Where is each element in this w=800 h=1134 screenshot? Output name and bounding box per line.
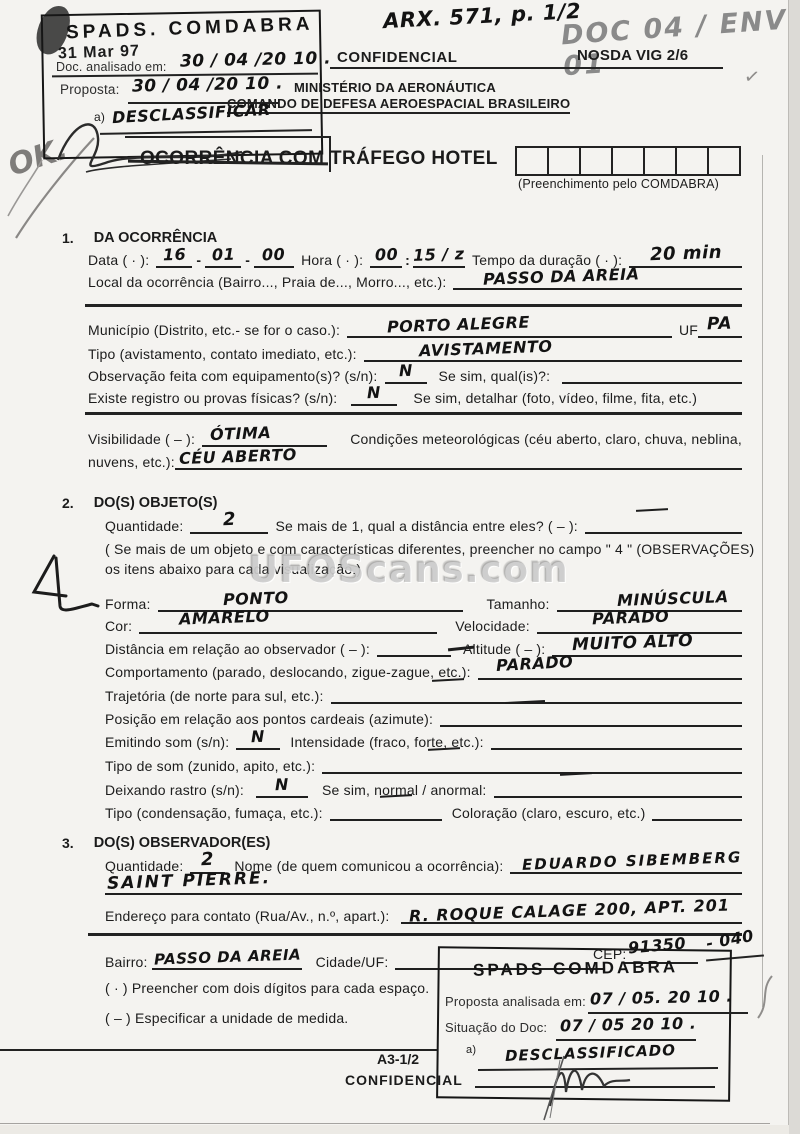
bottom-stamp-line2-value: 07 / 05 20 10 . <box>560 1016 697 1035</box>
scan-edge-band <box>788 0 800 1134</box>
rastro-normal-field <box>494 776 742 798</box>
footer-rule <box>0 1049 437 1051</box>
confidencial-bottom: CONFIDENCIAL <box>345 1072 463 1088</box>
field-row-registro: Existe registro ou provas físicas? (s/n)… <box>88 384 742 406</box>
trajetoria-label: Trajetória (de norte para sul, etc.): <box>105 688 324 704</box>
check-mark: ✓ <box>743 65 762 89</box>
field-row-endereco: Endereço para contato (Rua/Av., n.º, apa… <box>105 902 742 924</box>
uf-label: UF <box>679 322 698 338</box>
posicao-field <box>440 705 742 727</box>
form-title: OCORRÊNCIA COM TRÁFEGO HOTEL <box>140 148 498 170</box>
intensidade-field <box>491 728 742 750</box>
field-row-trajetoria: Trajetória (de norte para sul, etc.): <box>105 682 742 704</box>
section3-heading: 3. DO(S) OBSERVADOR(ES) <box>62 829 270 851</box>
scan-bottom-line <box>0 1123 770 1124</box>
bottom-stamp-line1-label: Proposta analisada em: <box>445 994 586 1009</box>
comdabra-grid-cell <box>707 146 741 176</box>
field-row-comportamento: Comportamento (parado, deslocando, zigue… <box>105 658 742 680</box>
cor-field: AMARELO <box>139 612 437 634</box>
tipo-field: AVISTAMENTO <box>364 340 742 362</box>
section-rule <box>85 412 742 415</box>
field-row-municipio: Município (Distrito, etc.- se for o caso… <box>88 316 742 338</box>
field-row-tipo-som: Tipo de som (zunido, apito, etc.): <box>105 752 742 774</box>
condicoes-label: Condições meteorológicas (céu aberto, cl… <box>350 431 742 447</box>
qtd-objetos-label: Quantidade: <box>105 518 183 534</box>
bairro-label: Bairro: <box>105 954 148 970</box>
local-label: Local da ocorrência (Bairro..., Praia de… <box>88 274 446 290</box>
comdabra-grid-cell <box>547 146 581 176</box>
som-sn-field: N <box>236 728 280 750</box>
nome-field: EDUARDO SIBEMBERG <box>510 852 742 874</box>
bairro-field: PASSO DA AREIA <box>152 948 302 970</box>
uf-field: PA <box>698 316 742 338</box>
header-rule <box>330 67 723 69</box>
municipio-label: Município (Distrito, etc.- se for o caso… <box>88 322 340 338</box>
dist-entre-field <box>585 512 742 534</box>
visibilidade-label: Visibilidade ( – ): <box>88 431 195 447</box>
cep-value2: - 040 <box>705 928 755 952</box>
equipamento-qual-label: Se sim, qual(is)?: <box>439 368 551 384</box>
comdabra-grid-cell <box>579 146 613 176</box>
field-row-som: Emitindo som (s/n): N Intensidade (fraco… <box>105 728 742 750</box>
field-row-qtd-objetos: Quantidade: 2 Se mais de 1, qual a distâ… <box>105 512 742 534</box>
page-code: A3-1/2 <box>377 1051 419 1067</box>
endereco-label: Endereço para contato (Rua/Av., n.º, apa… <box>105 908 389 924</box>
posicao-label: Posição em relação aos pontos cardeais (… <box>105 711 433 727</box>
pencil-mark-right <box>752 972 782 1022</box>
footnote-1: ( · ) Preencher com dois dígitos para ca… <box>105 980 429 996</box>
data-month-field: 01 <box>205 246 241 268</box>
field-row-data: Data ( · ): 16 - 01 - 00 Hora ( · ): 00 … <box>88 246 742 268</box>
condicoes-label2: nuvens, etc.): <box>88 454 175 470</box>
comdabra-grid-cell <box>515 146 549 176</box>
equipamento-sn-field: N <box>385 362 427 384</box>
bottom-stamp-item-label: a) <box>466 1044 476 1056</box>
section-rule <box>88 933 742 936</box>
data-label: Data ( · ): <box>88 252 149 268</box>
bottom-stamp-line1-value: 07 / 05. 20 10 . <box>590 989 733 1008</box>
bottom-stamp-line2-label: Situação do Doc: <box>445 1020 547 1035</box>
forma-label: Forma: <box>105 596 151 612</box>
footnote-2: ( – ) Especificar a unidade de medida. <box>105 1010 348 1026</box>
section-rule <box>85 304 742 307</box>
velocidade-field: PARADO <box>537 612 742 634</box>
dist-entre-label: Se mais de 1, qual a distância entre ele… <box>275 518 577 534</box>
som-label: Emitindo som (s/n): <box>105 734 229 750</box>
tipo-label: Tipo (avistamento, contato imediato, etc… <box>88 346 357 362</box>
doc-envelope-note: DOC 04 / ENV 01 <box>560 4 800 82</box>
field-row-nuvens: nuvens, etc.): CÉU ABERTO <box>88 448 742 470</box>
bottom-stamp-signature <box>520 1048 670 1123</box>
cor-label: Cor: <box>105 618 132 634</box>
field-row-distancia: Distância em relação ao observador ( – )… <box>105 635 742 657</box>
altitude-field: MUITO ALTO <box>552 635 742 657</box>
scan-vertical-line <box>762 155 763 1007</box>
tipo-rastro-label: Tipo (condensação, fumaça, etc.): <box>105 805 323 821</box>
velocidade-label: Velocidade: <box>455 618 530 634</box>
registro-detalhar-label: Se sim, detalhar (foto, vídeo, filme, fi… <box>413 390 697 406</box>
scan-bottom-band <box>0 1125 789 1134</box>
comdabra-grid-cell <box>611 146 645 176</box>
margin-pen-mark <box>20 548 100 618</box>
hora-mm-field: 15 / z <box>413 246 465 268</box>
equipamento-qual-field <box>562 362 742 384</box>
comdabra-grid <box>515 146 741 176</box>
nosda-code: NOSDA VIG 2/6 <box>577 47 688 64</box>
pen-dash-mark <box>428 747 460 751</box>
field-row-tipo: Tipo (avistamento, contato imediato, etc… <box>88 340 742 362</box>
local-field: PASSO DA AREIA <box>453 268 742 290</box>
rastro-sn-field: N <box>256 776 308 798</box>
date-stamp: 31 Mar 97 <box>58 43 141 64</box>
tamanho-label: Tamanho: <box>487 596 550 612</box>
confidencial-top: CONFIDENCIAL <box>337 49 458 66</box>
equipamento-label: Observação feita com equipamento(s)? (s/… <box>88 368 378 384</box>
data-year-field: 00 <box>254 246 294 268</box>
field-row-rastro: Deixando rastro (s/n): N Se sim, normal … <box>105 776 742 798</box>
top-stamp-line2-label: Proposta: <box>60 82 120 97</box>
top-stamp-signature <box>46 112 266 182</box>
nome-field-line2: SAINT PIERRE. <box>105 873 742 895</box>
comportamento-field: PARADO <box>478 658 742 680</box>
field-row-visibilidade: Visibilidade ( – ): ÓTIMA Condições mete… <box>88 425 742 447</box>
registro-label: Existe registro ou provas físicas? (s/n)… <box>88 390 337 406</box>
tipo-rastro-field <box>330 799 442 821</box>
top-stamp-line2-value: 30 / 04 /20 10 . <box>132 75 283 95</box>
qtd-objetos-field: 2 <box>190 512 268 534</box>
stamp-fragment-top <box>125 136 330 138</box>
comdabra-grid-cell <box>643 146 677 176</box>
archive-note: ARX. 571, p. 1/2 <box>383 1 582 32</box>
tempo-field: 20 min <box>629 246 742 268</box>
distancia-label: Distância em relação ao observador ( – )… <box>105 641 370 657</box>
comportamento-label: Comportamento (parado, deslocando, zigue… <box>105 664 471 680</box>
registro-sn-field: N <box>351 384 397 406</box>
scanned-document-page: OK. ARX. 571, p. 1/2 DOC 04 / ENV 01 CON… <box>0 0 800 1134</box>
rastro-label: Deixando rastro (s/n): <box>105 782 244 798</box>
endereco-field: R. ROQUE CALAGE 200, APT. 201 <box>401 902 742 924</box>
nome-label: Nome (de quem comunicou a ocorrência): <box>234 858 503 874</box>
section2-heading: 2. DO(S) OBJETO(S) <box>62 489 217 511</box>
field-row-tipo-rastro: Tipo (condensação, fumaça, etc.): Colora… <box>105 799 742 821</box>
visibilidade-field: ÓTIMA <box>202 425 327 447</box>
distancia-field <box>377 635 451 657</box>
field-row-nome2: SAINT PIERRE. <box>105 873 742 895</box>
field-row-local: Local da ocorrência (Bairro..., Praia de… <box>88 268 742 290</box>
hora-hh-field: 00 <box>370 246 402 268</box>
hora-label: Hora ( · ): <box>301 252 363 268</box>
condicoes-field: CÉU ABERTO <box>175 448 742 470</box>
data-day-field: 16 <box>156 246 192 268</box>
field-row-equipamento: Observação feita com equipamento(s)? (s/… <box>88 362 742 384</box>
cidade-uf-label: Cidade/UF: <box>316 954 389 970</box>
municipio-field: PORTO ALEGRE <box>347 316 672 338</box>
coloracao-label: Coloração (claro, escuro, etc.) <box>452 805 646 821</box>
tipo-som-label: Tipo de som (zunido, apito, etc.): <box>105 758 315 774</box>
fill-caption: (Preenchimento pelo COMDABRA) <box>518 177 719 191</box>
bottom-stamp-title: SPADS COMDABRA <box>473 957 678 981</box>
top-stamp-line1-value: 30 / 04 /20 10 . <box>180 50 331 70</box>
section1-heading: 1. DA OCORRÊNCIA <box>62 224 217 246</box>
tipo-som-field <box>322 752 742 774</box>
watermark-text: UFOScans.com <box>248 548 569 591</box>
coloracao-field <box>652 799 742 821</box>
field-row-cor: Cor: AMARELO Velocidade: PARADO <box>105 612 742 634</box>
field-row-posicao: Posição em relação aos pontos cardeais (… <box>105 705 742 727</box>
comdabra-grid-cell <box>675 146 709 176</box>
ministry-line: MINISTÉRIO DA AERONÁUTICA <box>294 80 496 95</box>
